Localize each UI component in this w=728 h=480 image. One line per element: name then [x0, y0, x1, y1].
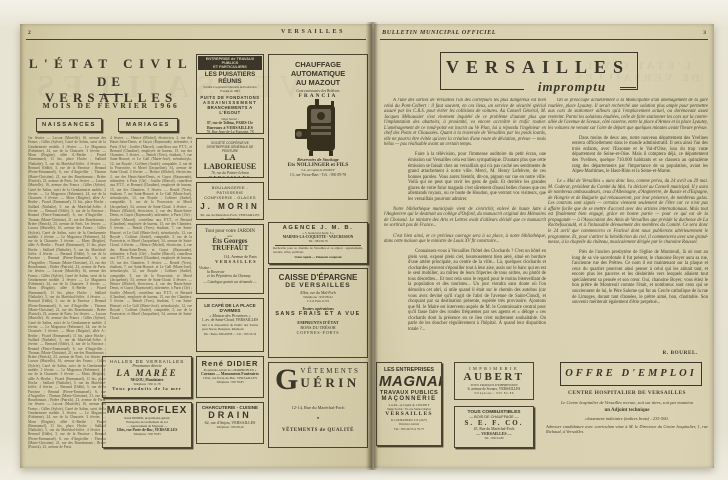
head-rule [26, 39, 366, 40]
running-head: BULLETIN MUNICIPAL OFFICIEL [382, 29, 496, 36]
naissances-entries-column: 1er février. — Lacour (Murielle), 16, av… [28, 136, 106, 462]
ad-magnard-city: VERSAILLES [379, 411, 439, 417]
article-column-1: À l'une des sorties de Versailles l'un d… [384, 98, 546, 360]
paragraph: On se préoccupe actuellement à la Munici… [548, 98, 708, 131]
ad-caisse-item3: COFFRES-FORTS [271, 330, 365, 335]
ad-caisse-epargne: CAISSE D'ÉPARGNE DE VERSAILLES 43bis, ru… [268, 268, 368, 358]
ad-guerin-footer: VÊTEMENTS de QUALITÉ [275, 428, 361, 433]
ad-guerin-brand: G VÊTEMENTS UÉRIN [275, 367, 361, 393]
ad-puisatiers-sub2: Fondée en 1893 [199, 89, 261, 93]
ad-puisatiers-reunis: ENTREPRISE de TRAVAUX PUBLICS ET PARTICU… [196, 54, 264, 134]
ad-caisse-ops2: SANS FRAIS ET A VUE [271, 311, 365, 317]
paragraph: C'est bien ainsi, et ce précieux ouvrage… [384, 234, 546, 245]
oil-boiler-illustration [291, 99, 345, 157]
section-naissances-label: NAISSANCES [36, 118, 102, 132]
ad-sefco: TOUS COMBUSTIBLES — BOIS DE CHAUFFAGE — … [454, 406, 534, 448]
ad-guerin-dot: • [275, 416, 361, 422]
ad-morin: BOULANGERIE - PATISSERIE CONFISERIE - GL… [196, 182, 264, 220]
ad-jmb-footer: Vente rapide — Paiement comptant [271, 255, 365, 259]
ad-la-maree-name: LA MARÉE [105, 368, 189, 378]
paragraph: À l'une des sorties de Versailles l'un d… [384, 98, 546, 148]
ad-magnard-dir2: Directeur-Gérant [379, 422, 439, 426]
article-title: VERSAILLES [440, 57, 636, 78]
ad-caisse-ccp: C.C.P. Paris 9-719 [271, 299, 365, 303]
ad-marbroflex-tel: Téléphone : 950 78-83 [105, 432, 189, 436]
offre-line2: un Adjoint technique [546, 408, 708, 413]
offre-line1: Le Centre hospitalier de Versailles recr… [546, 400, 708, 405]
ad-cafe-addr: 1, av. de Saint-Cloud, VERSAILLES [199, 318, 261, 322]
ad-laborieuse-city: VERSAILLES [199, 175, 261, 178]
left-page: VERSAILLES 2 VERSAILLES L'ÉTAT CIVIL DE … [20, 24, 372, 468]
offre-line3: classement indiciaire (indices bruts) : … [546, 416, 708, 421]
impromptu-rule [620, 87, 636, 88]
ad-truffaut-name: Éts Georges TRUFFAUT [199, 238, 261, 252]
ad-la-maree: HALLES DE VERSAILLES Provenance directe … [102, 356, 192, 398]
ad-caisse-name2: DE VERSAILLES [271, 282, 365, 289]
ad-guerin-initial: G [275, 367, 298, 393]
ad-rene-didier: René DIDIER Propriétaire-Gérant de « MAR… [196, 356, 264, 398]
article-column-2: On se préoccupe actuellement à la Munici… [548, 98, 708, 348]
ad-drain-name: DRAIN [199, 410, 261, 420]
offre-emploi-body: CENTRE HOSPITALIER DE VERSAILLES Le Cent… [546, 390, 708, 434]
etat-civil-subtitle: MOIS DE FÉVRIER 1966 [28, 101, 194, 110]
ad-morin-tel: Tél. : 950 07-49 [199, 217, 261, 220]
ad-chauffage-title2: AU MAZOUT [271, 78, 365, 87]
ad-didier-tel: Téléphone : 950 78-83 [199, 380, 261, 384]
ad-morin-line2: CONFISERIE - GLACES [199, 195, 261, 200]
ad-nollinger-addr: 13, rue Victor-Bart - Tél. : 950 09-78 [271, 173, 365, 177]
ad-cafe-place-armes: LE CAFÉ DE LA PLACE D'ARMES « Maison des… [196, 298, 264, 352]
page-number: 2 [28, 30, 31, 36]
ad-imprimerie-aubert: IMPRIMERIE AUBERT TOUS TRAVAUX D'IMPRESS… [454, 362, 534, 400]
ad-sefco-name: S. E. F. CO. [457, 419, 531, 427]
head-rule [380, 39, 708, 40]
page-number: 3 [703, 30, 706, 36]
ad-la-maree-footer: Tous produits de la mer [105, 386, 189, 391]
ad-aubert-name: AUBERT [457, 371, 531, 383]
ad-magnard: LES ENTREPRISES MAGNARD TRAVAUX PUBLICS … [376, 362, 442, 446]
paragraph: Connaissez-vous à Versailles l'hôtel des… [408, 249, 546, 332]
ad-magnard-name: MAGNARD [379, 373, 439, 390]
ad-laborieuse-head2: D'ENTREPRISE GÉNÉRALE DE PEINTURE [199, 145, 261, 153]
ad-la-laborieuse: SOCIÉTÉ COOPÉRATIVE D'ENTREPRISE GÉNÉRAL… [196, 138, 264, 178]
ad-didier-name: René DIDIER [199, 359, 261, 368]
ad-magnard-line2: MAÇONNERIE [379, 396, 439, 402]
paragraph: Près de l'ancien presbytère de l'église … [572, 250, 708, 305]
ad-laborieuse-name: LA LABORIEUSE [199, 153, 261, 171]
ad-drain-tel: Téléphone : 950 08-40 [199, 425, 261, 429]
etat-civil-title-line1: L'ÉTAT CIVIL [28, 56, 194, 72]
ad-guerin-word1: VÊTEMENTS [300, 367, 360, 375]
right-page: L'ÉTAT CIVIL DE VERSAILLES BULLETIN MUNI… [374, 24, 714, 468]
ad-guerin-word2: UÉRIN [300, 375, 360, 391]
ad-puisatiers-header: ENTREPRISE de TRAVAUX PUBLICS ET PARTICU… [198, 56, 262, 70]
paragraph: Notre bibliothèque municipale vient de s… [384, 207, 546, 229]
offre-org: CENTRE HOSPITALIER DE VERSAILLES [546, 390, 708, 396]
ad-guerin-addr: 12-14, Rue du Maréchal-Foch [275, 405, 361, 410]
ad-caisse-name1: CAISSE D'ÉPARGNE [271, 273, 365, 282]
ad-magnard-tel: Tél. : 950 49-55 et 79-75 [379, 427, 439, 431]
ad-sefco-tel: Tél. : 950 04-80 [457, 436, 531, 440]
ad-morin-line1: BOULANGERIE - PATISSERIE [199, 185, 261, 195]
ad-vetements-guerin: G VÊTEMENTS UÉRIN 12-14, Rue du Maréchal… [268, 362, 368, 448]
paragraph: Dans moins de deux ans, notre nouveau dé… [572, 136, 708, 175]
article-subtitle: impromptu [524, 79, 620, 95]
ad-agence-jmb: AGENCE J. M. B. « 5, boulevard Jardy, 5 … [268, 222, 368, 264]
ad-truffaut-footer: — Catalogue gratuit sur demande — [199, 280, 261, 284]
ad-truffaut: Tout pour votre JARDIN aux Éts Georges T… [196, 224, 264, 294]
ad-puisatiers-name: LES PUISATIERS RÉUNIS [199, 71, 261, 85]
offre-emploi-title: OFFRE D'EMPLOI [560, 362, 702, 386]
ad-chauffage-francia: CHAUFFAGE AUTOMATIQUE AU MAZOUT Concessi… [268, 54, 368, 200]
ad-cafe-body: met à la disposition du Public des Salon… [199, 322, 261, 332]
ad-nollinger-capital: S.A. au Capital de 200.000 F [271, 168, 365, 172]
ad-aubert-tel: Téléphone : 950 82-86 [457, 391, 531, 395]
ad-morin-name: J. MORIN [199, 202, 261, 211]
ad-puisatiers-head2: ET PARTICULIERS [198, 65, 262, 69]
title-divider [99, 94, 123, 95]
ad-jmb-tel: Tél. : 981 06-79 [271, 239, 365, 243]
ad-marbroflex: MARBROFLEX René DIDIER, propriétaire-gér… [102, 402, 192, 448]
ad-truffaut-city: VERSAILLES [199, 259, 261, 264]
scanned-bulletin-spread: VERSAILLES 2 VERSAILLES L'ÉTAT CIVIL DE … [0, 0, 728, 480]
running-head: VERSAILLES [258, 29, 368, 35]
ad-marbroflex-name: MARBROFLEX [105, 405, 189, 416]
ad-chauffage-title1: CHAUFFAGE AUTOMATIQUE [271, 60, 365, 78]
offre-line4: Adresser candidature avec curriculum vit… [546, 424, 708, 434]
ad-truffaut-item2: et les Pépinières du Chesnay [199, 274, 261, 278]
ad-cafe-name1: LE CAFÉ DE LA PLACE D'ARMES [199, 303, 261, 313]
ad-cafe-dir: Dir. : Pierre JOUANNE — Tél. : 950 23-52 [199, 332, 261, 336]
ad-puisatiers-head1: ENTREPRISE de TRAVAUX PUBLICS [198, 57, 262, 65]
mariages-entries-column: 4 février. — Heince (Michel), électricie… [110, 136, 192, 352]
paragraph: Le « Mai de Versailles » aura donc lieu,… [548, 179, 708, 246]
center-gutter-shadow [366, 22, 378, 470]
ad-chauffage-brand: FRANCIA [271, 93, 365, 99]
ad-puisatiers-body3: BRANCHEMENTS A L'ÉGOUT [199, 105, 261, 115]
ad-jmb-body: Recherche pour sa clientèle de Versaille… [271, 247, 365, 255]
section-mariages-label: MARIAGES [118, 118, 178, 132]
article-signature: R. BOUREL. [548, 350, 698, 356]
ad-drain: CHARCUTERIE - CUISINE DRAIN 62, rue d'An… [196, 402, 264, 444]
paragraph: Faire à la télévision, pour l'immense au… [408, 152, 546, 202]
